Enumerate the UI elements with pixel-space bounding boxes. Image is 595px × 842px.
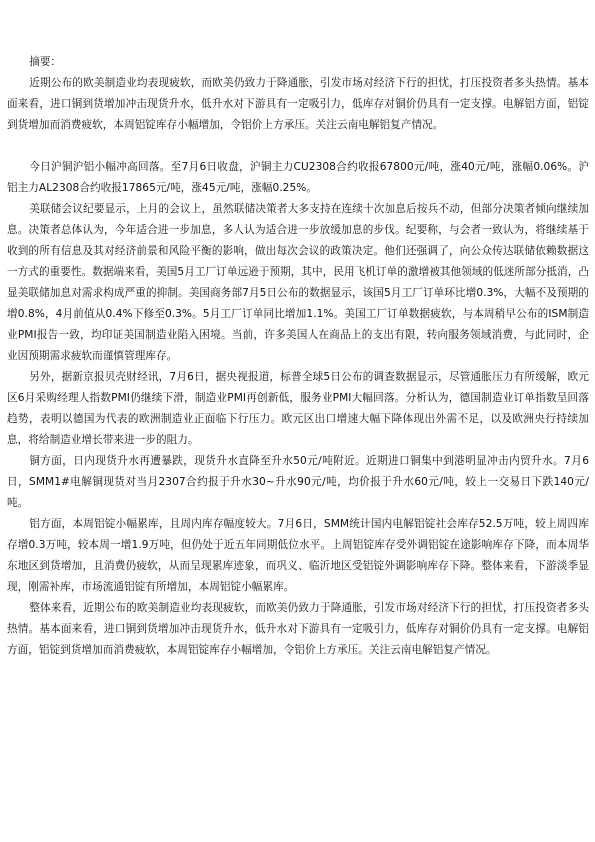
- fed-minutes-paragraph: 美联储会议纪要显示，上月的会议上，虽然联储决策者大多支持在连续十次加息后按兵不动…: [7, 199, 589, 367]
- copper-paragraph: 铜方面，日内现货升水再遭暴跌，现货升水直降至升水50元/吨附近。近期进口铜集中到…: [7, 451, 589, 514]
- eurozone-pmi-paragraph: 另外，据新京报贝壳财经讯，7月6日，据央视报道，标普全球5日公布的调查数据显示，…: [7, 367, 589, 451]
- summary-heading: 摘要：: [7, 52, 589, 73]
- document-page: 摘要： 近期公布的欧美制造业均表现疲软，而欧美仍致力于降通胀，引发市场对经济下行…: [7, 52, 589, 661]
- summary-paragraph: 近期公布的欧美制造业均表现疲软，而欧美仍致力于降通胀，引发市场对经济下行的担忧，…: [7, 73, 589, 136]
- aluminum-paragraph: 铝方面，本周铝锭小幅累库，且周内库存幅度较大。7月6日，SMM统计国内电解铝锭社…: [7, 514, 589, 598]
- conclusion-paragraph: 整体来看，近期公布的欧美制造业均表现疲软，而欧美仍致力于降通胀，引发市场对经济下…: [7, 598, 589, 661]
- market-close-paragraph: 今日沪铜沪铝小幅冲高回落。至7月6日收盘，沪铜主力CU2308合约收报67800…: [7, 157, 589, 199]
- paragraph-spacer: [7, 136, 589, 157]
